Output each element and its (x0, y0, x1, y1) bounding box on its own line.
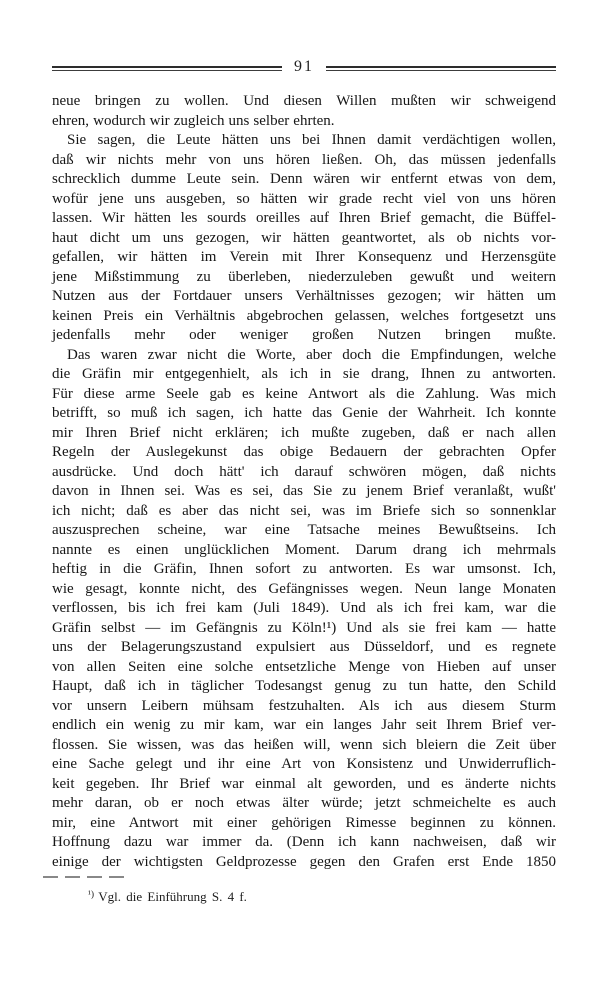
text-line: endlich ein wenig zu mir kam, war ein la… (52, 716, 556, 736)
header-rule-right (326, 66, 556, 71)
text-line: gefallen, wir hätten im Verein mit Ihrer… (52, 248, 556, 268)
text-line: heftig in die Gräfin, Ihnen sofort zu an… (52, 560, 556, 580)
text-line: betrifft, so muß ich sagen, ich hatte da… (52, 404, 556, 424)
text-line: mir Ihren Brief nicht erklären; ich mußt… (52, 424, 556, 444)
text-line: die Gräfin mir entgegenhielt, als ich in… (52, 365, 556, 385)
text-line: haut dicht um uns gezogen, wir hätten ge… (52, 229, 556, 249)
page-number: 91 (294, 60, 314, 74)
text-line: Hoffnung dazu war immer da. (Denn ich ka… (52, 833, 556, 853)
text-line: Nutzen aus der Fortdauer unsers Verhältn… (52, 287, 556, 307)
footnote: ¹) Vgl. die Einführung S. 4 f. (88, 887, 556, 905)
text-line: keinen Preis ein Verhältnis abgebrochen … (52, 307, 556, 327)
text-line: Gräfin selbst — im Gefängnis zu Köln!¹) … (52, 619, 556, 639)
footnote-separator (43, 876, 128, 878)
text-line: mehr daran, ob er noch etwas älter würde… (52, 794, 556, 814)
text-line: flossen. Sie wissen, was das heißen will… (52, 736, 556, 756)
text-line: neue bringen zu wollen. Und diesen Wille… (52, 92, 556, 112)
text-line: einige der wichtigsten Geldprozesse gege… (52, 853, 556, 873)
text-line: mir, eine Antwort mit einer gehörigen Ri… (52, 814, 556, 834)
page-header: 91 (52, 61, 556, 75)
text-line: daß wir nichts mehr von uns hören ließen… (52, 151, 556, 171)
book-page: 91 neue bringen zu wollen. Und diesen Wi… (0, 0, 600, 1006)
text-line: keit gegeben. Ihr Brief war einmal alt g… (52, 775, 556, 795)
text-line: Sie sagen, die Leute hätten uns bei Ihne… (52, 131, 556, 151)
text-line: schrecklich dumme Leute sein. Denn wären… (52, 170, 556, 190)
header-rule-left (52, 66, 282, 71)
text-line: jene Mißstimmung zu überleben, niederzul… (52, 268, 556, 288)
text-line: von allen Seiten eine solche entsetzlich… (52, 658, 556, 678)
text-line: eine Sache gelegt und ihr eine Art von K… (52, 755, 556, 775)
text-line: Regeln der Auslegekunst das obige Bedaue… (52, 443, 556, 463)
text-line: wie gesagt, konnte nicht, des Gefängniss… (52, 580, 556, 600)
footnote-marker: ¹) (88, 890, 94, 900)
text-line: auszusprechen scheine, war eine Tatsache… (52, 521, 556, 541)
text-line: verflossen, bis ich frei kam (Juli 1849)… (52, 599, 556, 619)
text-line: lassen. Wir hätten les sourds oreilles a… (52, 209, 556, 229)
text-line: Für diese arme Seele gab es keine Antwor… (52, 385, 556, 405)
footnote-text: Vgl. die Einführung S. 4 f. (98, 889, 247, 904)
body-text: neue bringen zu wollen. Und diesen Wille… (52, 92, 556, 872)
text-line: uns der Belagerungszustand expulsiert au… (52, 638, 556, 658)
text-line: davon in Ihnen sei. Was es sei, das Sie … (52, 482, 556, 502)
text-line: ausdrücke. Und doch hätt' ich darauf sch… (52, 463, 556, 483)
text-line: Das waren zwar nicht die Worte, aber doc… (52, 346, 556, 366)
text-line: Haupt, daß ich in täglicher Todesangst g… (52, 677, 556, 697)
text-line: vor unsern Leibern mühsam festzuhalten. … (52, 697, 556, 717)
text-line: wofür jene uns ausgeben, so hätten wir g… (52, 190, 556, 210)
text-line: jedenfalls mehr oder weniger großen Nutz… (52, 326, 556, 346)
footnote-area: ¹) Vgl. die Einführung S. 4 f. (52, 876, 556, 905)
text-line: nannte es einen unglücklichen Moment. Da… (52, 541, 556, 561)
text-line: ich nicht; daß es aber das nicht sei, wa… (52, 502, 556, 522)
text-line: ehren, wodurch wir zugleich uns selber e… (52, 112, 556, 132)
